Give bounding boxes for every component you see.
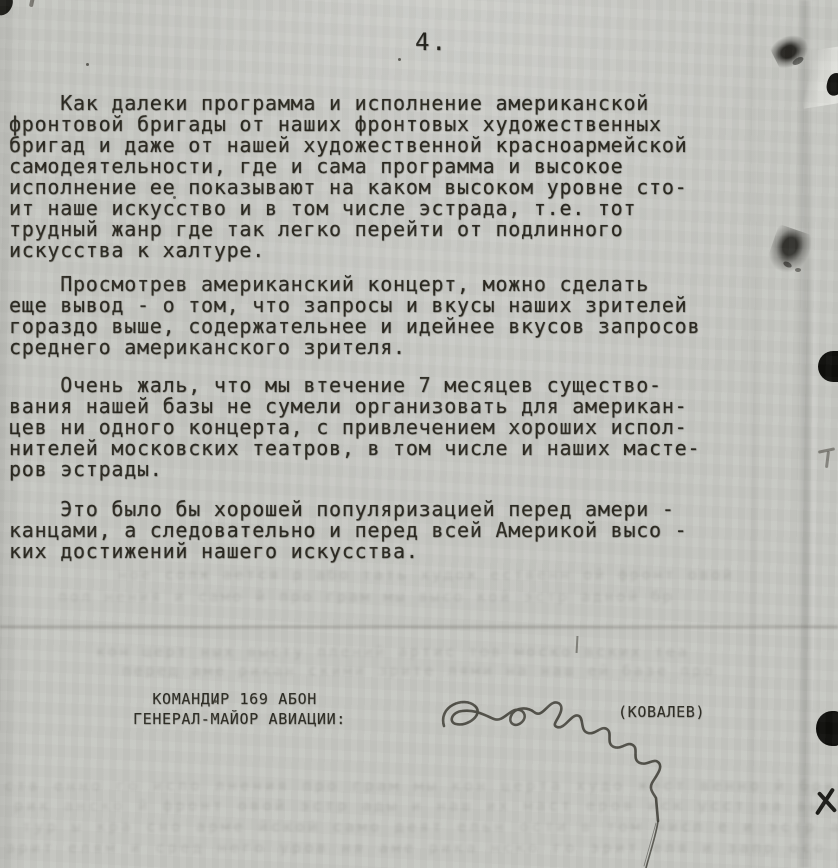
paper-crease-vertical bbox=[797, 0, 817, 868]
handwritten-signature bbox=[420, 690, 680, 868]
paragraph: Как далеки программа и исполнение америк… bbox=[9, 93, 687, 261]
edge-mark bbox=[29, 0, 35, 7]
paragraph: Это было бы хорошей популяризацией перед… bbox=[9, 499, 687, 562]
ghost-text-line: зрит елям и сред него уров ня аме рика н… bbox=[6, 840, 826, 857]
ghost-text-line: кон церт ных высту плений артис тов моск… bbox=[96, 644, 689, 661]
paper-crease-vertical-faint bbox=[748, 0, 758, 868]
paragraph: Просмотрев американский концерт, можно с… bbox=[9, 274, 700, 358]
ghost-text-line: ное солж ается р або тать худож ественн … bbox=[118, 567, 734, 584]
scanned-document-page: ное солж ается р або тать худож ественн … bbox=[0, 0, 838, 868]
speck bbox=[86, 63, 89, 66]
speck bbox=[173, 196, 176, 199]
paragraph: Очень жаль, что мы втечение 7 месяцев су… bbox=[9, 375, 700, 480]
ink-smudge bbox=[795, 268, 801, 272]
signature-rank-title: КОМАНДИР 169 АБОН ГЕНЕРАЛ-МАЙОР АВИАЦИИ: bbox=[133, 690, 346, 729]
pencil-mark bbox=[825, 451, 830, 468]
ink-blot bbox=[818, 351, 838, 382]
paper-fold-crease-horizontal bbox=[0, 624, 838, 630]
ghost-text-line: перед аме рикан скими зрите лями на наш … bbox=[122, 663, 715, 680]
speck bbox=[214, 700, 217, 703]
ink-blot bbox=[816, 711, 838, 746]
page-number: 4. bbox=[415, 28, 448, 56]
ghost-text-line: пол нения и само й про грам мы высо кой … bbox=[58, 589, 674, 606]
speck bbox=[398, 58, 401, 61]
